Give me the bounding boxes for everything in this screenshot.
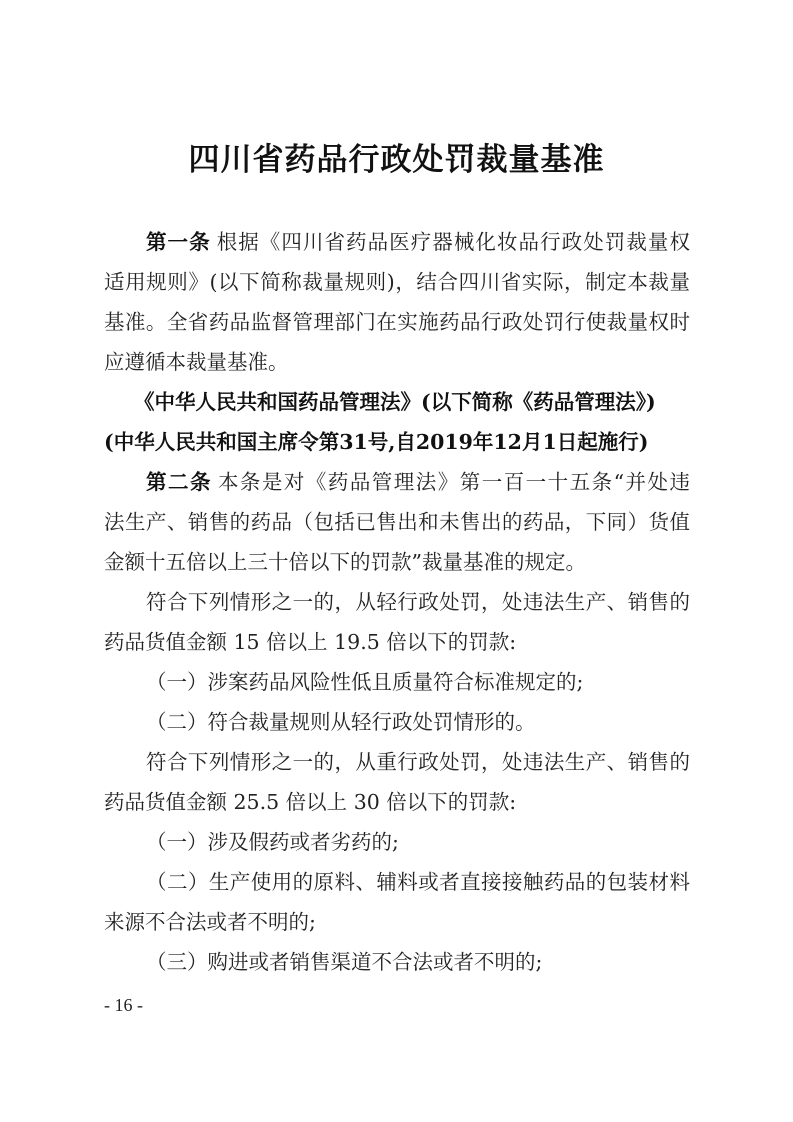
- heavier-penalty-item-1: （一）涉及假药或者劣药的;: [104, 822, 690, 862]
- article-1-line-3: 基准。全省药品监督管理部门在实施药品行政处罚行使裁量权时: [104, 302, 690, 342]
- article-1-line-4: 应遵循本裁量基准。: [104, 342, 690, 382]
- law-heading-title: 《中华人民共和国药品管理法》(以下简称《药品管理法》): [104, 382, 690, 422]
- article-2-line-2: 法生产、销售的药品（包括已售出和未售出的药品，下同）货值: [104, 502, 690, 542]
- heavier-penalty-item-3: （三）购进或者销售渠道不合法或者不明的;: [104, 942, 690, 982]
- heavier-penalty-item-2-line-2: 来源不合法或者不明的;: [104, 902, 690, 942]
- article-1-line-1: 第一条根据《四川省药品医疗器械化妆品行政处罚裁量权: [104, 222, 690, 262]
- heavier-penalty-intro-2: 药品货值金额 25.5 倍以上 30 倍以下的罚款:: [104, 782, 690, 822]
- article-2-line-1: 第二条本条是对《药品管理法》第一百一十五条“并处违: [104, 462, 690, 502]
- document-page: 四川省药品行政处罚裁量基准 第一条根据《四川省药品医疗器械化妆品行政处罚裁量权 …: [0, 0, 793, 1122]
- lighter-penalty-intro-2: 药品货值金额 15 倍以上 19.5 倍以下的罚款:: [104, 622, 690, 662]
- lighter-penalty-item-2: （二）符合裁量规则从轻行政处罚情形的。: [104, 702, 690, 742]
- document-title: 四川省药品行政处罚裁量基准: [0, 140, 793, 180]
- page-number: - 16 -: [104, 990, 143, 1020]
- heavier-penalty-item-2-line-1: （二）生产使用的原料、辅料或者直接接触药品的包装材料: [104, 862, 690, 902]
- lighter-penalty-intro-1: 符合下列情形之一的，从轻行政处罚，处违法生产、销售的: [104, 582, 690, 622]
- lighter-penalty-item-1: （一）涉案药品风险性低且质量符合标准规定的;: [104, 662, 690, 702]
- law-heading-decree: (中华人民共和国主席令第31号,自2019年12月1日起施行): [104, 422, 690, 462]
- heavier-penalty-intro-1: 符合下列情形之一的，从重行政处罚，处违法生产、销售的: [104, 742, 690, 782]
- article-1-line-2: 适用规则》(以下简称裁量规则)，结合四川省实际，制定本裁量: [104, 262, 690, 302]
- paragraph-text: 根据《四川省药品医疗器械化妆品行政处罚裁量权: [217, 230, 690, 254]
- article-2-heading: 第二条: [146, 470, 212, 494]
- paragraph-text: 本条是对《药品管理法》第一百一十五条“并处违: [218, 470, 690, 494]
- article-1-heading: 第一条: [146, 230, 211, 254]
- article-2-line-3: 金额十五倍以上三十倍以下的罚款”裁量基准的规定。: [104, 542, 690, 582]
